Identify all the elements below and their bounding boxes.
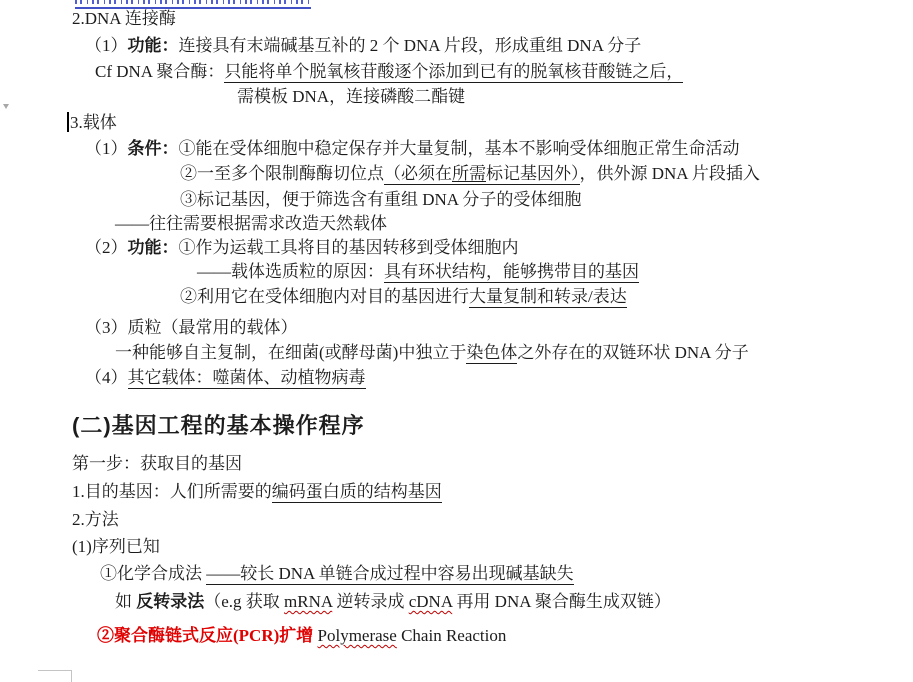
bold-text: 功能： xyxy=(128,238,179,257)
line-target-gene[interactable]: 1.目的基因：人们所需要的编码蛋白质的结构基因 xyxy=(72,481,442,502)
text-segment: ——载体选质粒的原因： xyxy=(197,262,384,281)
line-methods[interactable]: 2.方法 xyxy=(72,509,119,530)
line-plasmid-title[interactable]: （3）质粒（最常用的载体） xyxy=(85,317,298,338)
line-other-vectors[interactable]: （4）其它载体：噬菌体、动植物病毒 xyxy=(85,367,366,388)
text-segment: （3）质粒（最常用的载体） xyxy=(85,318,298,337)
section-heading[interactable]: (二)基因工程的基本操作程序 xyxy=(72,415,365,436)
line-dna-ligase-title[interactable]: 2.DNA 连接酶 xyxy=(72,8,176,29)
line-plasmid-reason[interactable]: ——载体选质粒的原因：具有环状结构，能够携带目的基因 xyxy=(197,261,639,282)
text-segment: 一种能够自主复制，在细菌(或酵母菌)中独立于 xyxy=(115,343,466,362)
spellcheck-word: Polymerase xyxy=(318,626,397,645)
line-vector-title[interactable]: 3.载体 xyxy=(70,112,117,133)
spellcheck-word: cDNA xyxy=(409,592,452,611)
line-reverse-transcription[interactable]: 如 反转录法（e.g 获取 mRNA 逆转录成 cDNA 再用 DNA 聚合酶生… xyxy=(115,591,671,612)
text-segment: 再用 DNA 聚合酶生成双链） xyxy=(452,592,671,611)
text-segment: ①化学合成法 xyxy=(100,564,206,583)
line-step-one[interactable]: 第一步：获取目的基因 xyxy=(72,453,242,474)
text-segment: ——往往需要根据需求改造天然载体 xyxy=(115,214,387,233)
underlined-text: （必须在 xyxy=(384,164,452,185)
line-cf-dna-polymerase[interactable]: Cf DNA 聚合酶：只能将单个脱氧核苷酸逐个添加到已有的脱氧核苷酸链之后， xyxy=(95,61,683,82)
page-break-corner xyxy=(38,670,72,682)
text-segment: 之外存在的双链环状 DNA 分子 xyxy=(517,343,748,362)
text-segment: （1） xyxy=(85,139,128,158)
bold-text: ②聚合酶链式反应(PCR)扩增 xyxy=(97,626,318,645)
line-ligase-function[interactable]: （1）功能：连接具有末端碱基互补的 2 个 DNA 片段，形成重组 DNA 分子 xyxy=(85,35,641,56)
line-vector-condition-3[interactable]: ③标记基因，便于筛选含有重组 DNA 分子的受体细胞 xyxy=(180,189,581,210)
text-segment: 第一步：获取目的基因 xyxy=(72,454,242,473)
bold-text: 反转录法 xyxy=(136,592,204,611)
line-vector-condition-1[interactable]: （1）条件：①能在受体细胞中稳定保存并大量复制，基本不影响受体细胞正常生命活动 xyxy=(85,138,740,159)
line-pcr[interactable]: ②聚合酶链式反应(PCR)扩增 Polymerase Chain Reactio… xyxy=(97,625,506,646)
line-needs-template[interactable]: 需模板 DNA，连接磷酸二酯键 xyxy=(237,86,465,107)
underlined-text: 编码蛋白质的结构基因 xyxy=(272,482,442,503)
text-segment: ，供外源 DNA 片段插入 xyxy=(580,164,760,183)
document-page[interactable]: 2.DNA 连接酶（1）功能：连接具有末端碱基互补的 2 个 DNA 片段，形成… xyxy=(0,0,913,682)
bold-text: 条件： xyxy=(128,139,179,158)
text-segment: ①作为运载工具将目的基因转移到受体细胞内 xyxy=(179,238,519,257)
text-segment: 1.目的基因：人们所需要的 xyxy=(72,482,272,501)
text-segment: 如 xyxy=(115,592,136,611)
underlined-text: 大量复制和转录/表达 xyxy=(469,287,627,308)
spellcheck-word: mRNA xyxy=(284,592,332,611)
line-vector-note[interactable]: ——往往需要根据需求改造天然载体 xyxy=(115,213,387,234)
line-vector-function-2[interactable]: ②利用它在受体细胞内对目的基因进行大量复制和转录/表达 xyxy=(180,286,627,307)
text-segment: (1)序列已知 xyxy=(72,537,160,556)
text-segment: Cf DNA 聚合酶： xyxy=(95,62,224,81)
underlined-text: 只能将单个脱氧核苷酸逐个添加到已有的脱氧核苷酸链之后， xyxy=(224,62,683,83)
text-segment: 连接具有末端碱基互补的 2 个 DNA 片段，形成重组 DNA 分子 xyxy=(179,36,642,55)
text-segment: 2.方法 xyxy=(72,510,119,529)
text-segment: Chain Reaction xyxy=(397,626,507,645)
text-cursor xyxy=(67,112,69,132)
underlined-text: 标记基因外） xyxy=(486,164,580,185)
text-segment: ③标记基因，便于筛选含有重组 DNA 分子的受体细胞 xyxy=(180,190,581,209)
text-segment: 逆转录成 xyxy=(332,592,409,611)
line-vector-function-1[interactable]: （2）功能：①作为运载工具将目的基因转移到受体细胞内 xyxy=(85,237,519,258)
underlined-text: 具有环状结构，能够携带目的基因 xyxy=(384,262,639,283)
bold-text: 功能： xyxy=(128,36,179,55)
text-segment: （2） xyxy=(85,238,128,257)
underlined-text: ——较长 DNA 单链合成过程中容易出现碱基缺失 xyxy=(206,564,573,585)
line-chemical-synthesis[interactable]: ①化学合成法 ——较长 DNA 单链合成过程中容易出现碱基缺失 xyxy=(100,563,574,584)
underlined-text: 其它载体：噬菌体、动植物病毒 xyxy=(128,368,366,389)
text-segment: ②一至多个限制酶酶切位点 xyxy=(180,164,384,183)
text-segment: 2.DNA 连接酶 xyxy=(72,9,176,28)
line-vector-condition-2[interactable]: ②一至多个限制酶酶切位点（必须在所需标记基因外），供外源 DNA 片段插入 xyxy=(180,163,760,184)
text-segment: 需模板 DNA，连接磷酸二酯键 xyxy=(237,87,465,106)
line-sequence-known[interactable]: (1)序列已知 xyxy=(72,536,160,557)
bold-text: (二)基因工程的基本操作程序 xyxy=(72,413,365,438)
text-segment: 3.载体 xyxy=(70,113,117,132)
underlined-text: 所需 xyxy=(452,164,486,185)
text-segment: （e.g 获取 xyxy=(204,592,284,611)
underlined-text: 染色体 xyxy=(466,343,517,364)
text-segment: ①能在受体细胞中稳定保存并大量复制，基本不影响受体细胞正常生命活动 xyxy=(179,139,740,158)
text-segment: （4） xyxy=(85,368,128,387)
outline-collapse-icon[interactable] xyxy=(3,104,9,109)
text-segment: （1） xyxy=(85,36,128,55)
line-plasmid-definition[interactable]: 一种能够自主复制，在细菌(或酵母菌)中独立于染色体之外存在的双链环状 DNA 分… xyxy=(115,342,749,363)
text-segment: ②利用它在受体细胞内对目的基因进行 xyxy=(180,287,469,306)
